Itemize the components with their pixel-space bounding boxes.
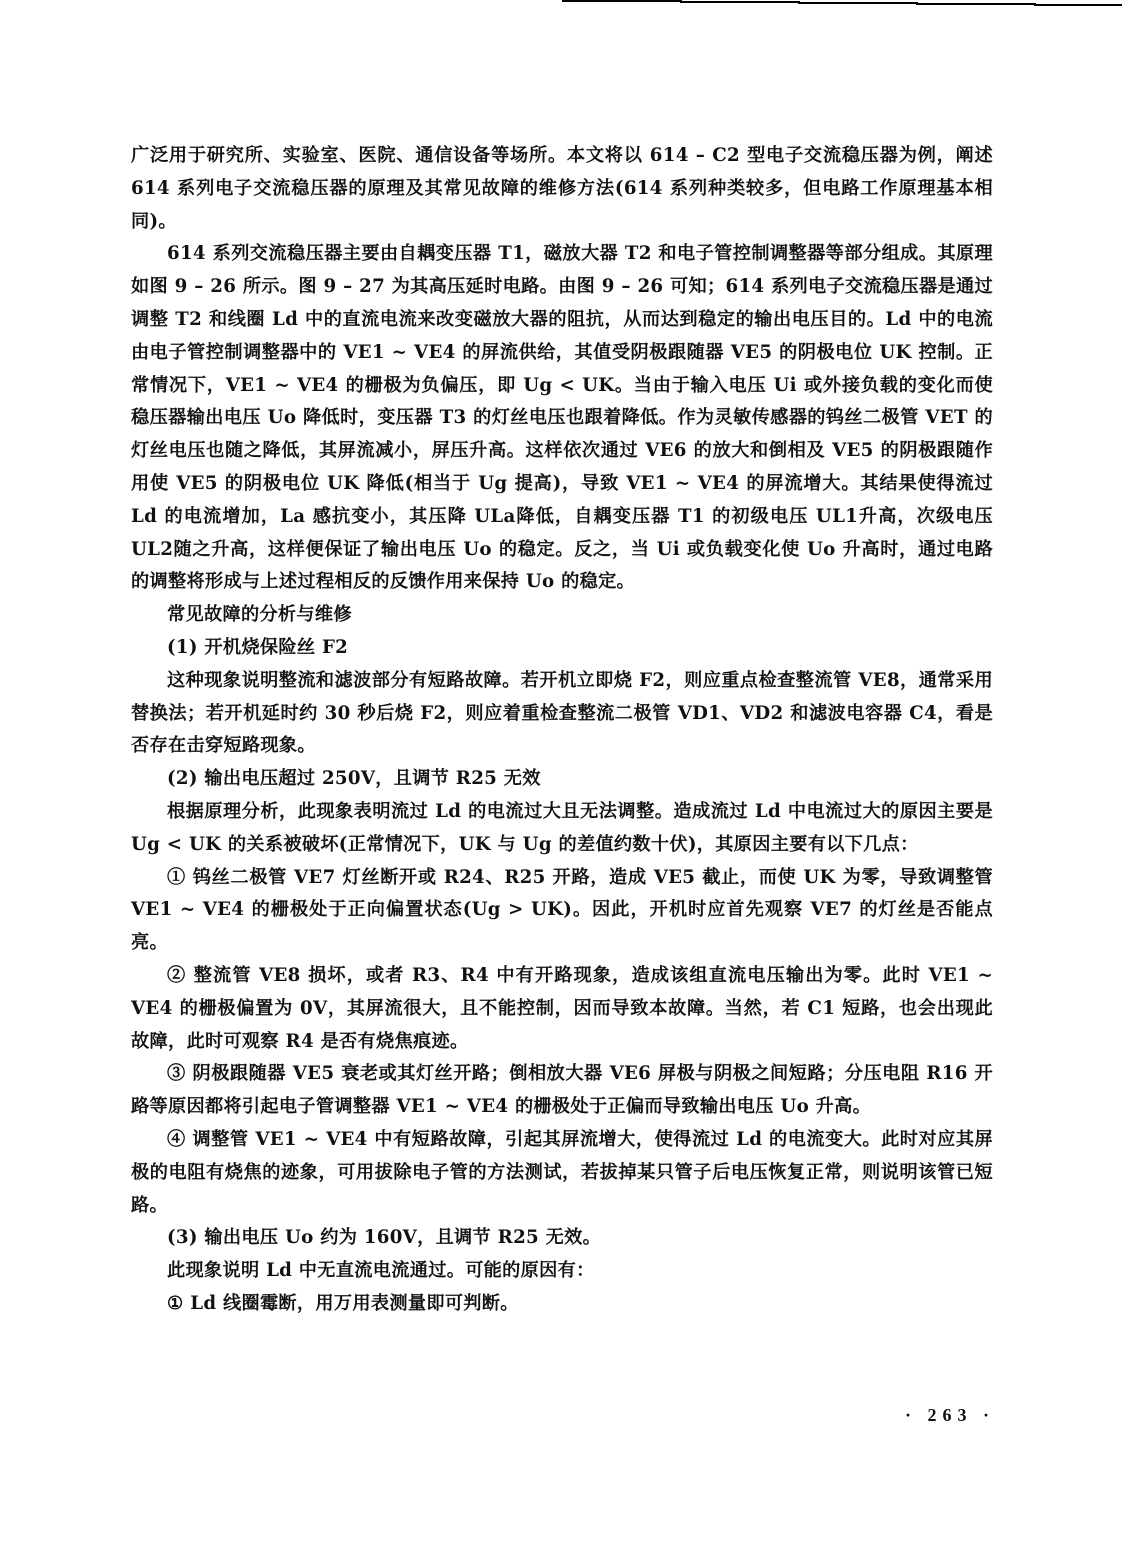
scan-edge-line-1 [562, 0, 682, 2]
section-heading: 常见故障的分析与维修 [131, 599, 993, 632]
scan-edge-line-3 [798, 2, 918, 4]
paragraph-cause-1: ① 钨丝二极管 VE7 灯丝断开或 R24、R25 开路，造成 VE5 截止，而… [131, 862, 993, 960]
paragraph-cause-4: ④ 调整管 VE1 ~ VE4 中有短路故障，引起其屏流增大，使得流过 Ld 的… [131, 1124, 993, 1222]
scan-edge-line-5 [1034, 4, 1122, 6]
paragraph-principle: 614 系列交流稳压器主要由自耦变压器 T1，磁放大器 T2 和电子管控制调整器… [131, 238, 993, 599]
paragraph-fault-2: 根据原理分析，此现象表明流过 Ld 的电流过大且无法调整。造成流过 Ld 中电流… [131, 796, 993, 862]
paragraph-fault-3: 此现象说明 Ld 中无直流电流通过。可能的原因有： [131, 1255, 993, 1288]
page-number: · 263 · [905, 1405, 995, 1426]
paragraph-cause-3: ③ 阴极跟随器 VE5 衰老或其灯丝开路；倒相放大器 VE6 屏极与阴极之间短路… [131, 1058, 993, 1124]
fault-heading-1: (1) 开机烧保险丝 F2 [131, 632, 993, 665]
paragraph-intro: 广泛用于研究所、实验室、医院、通信设备等场所。本文将以 614 – C2 型电子… [131, 140, 993, 238]
fault-heading-2: (2) 输出电压超过 250V，且调节 R25 无效 [131, 763, 993, 796]
fault-heading-3: (3) 输出电压 Uo 约为 160V，且调节 R25 无效。 [131, 1222, 993, 1255]
scan-edge-line-4 [916, 3, 1036, 5]
paragraph-fault-3-cause-1: ① Ld 线圈霉断，用万用表测量即可判断。 [131, 1288, 993, 1321]
paragraph-fault-1: 这种现象说明整流和滤波部分有短路故障。若开机立即烧 F2，则应重点检查整流管 V… [131, 665, 993, 763]
paragraph-cause-2: ② 整流管 VE8 损坏，或者 R3、R4 中有开路现象，造成该组直流电压输出为… [131, 960, 993, 1058]
scan-edge-line-2 [680, 1, 800, 3]
page-body: 广泛用于研究所、实验室、医院、通信设备等场所。本文将以 614 – C2 型电子… [131, 140, 993, 1321]
